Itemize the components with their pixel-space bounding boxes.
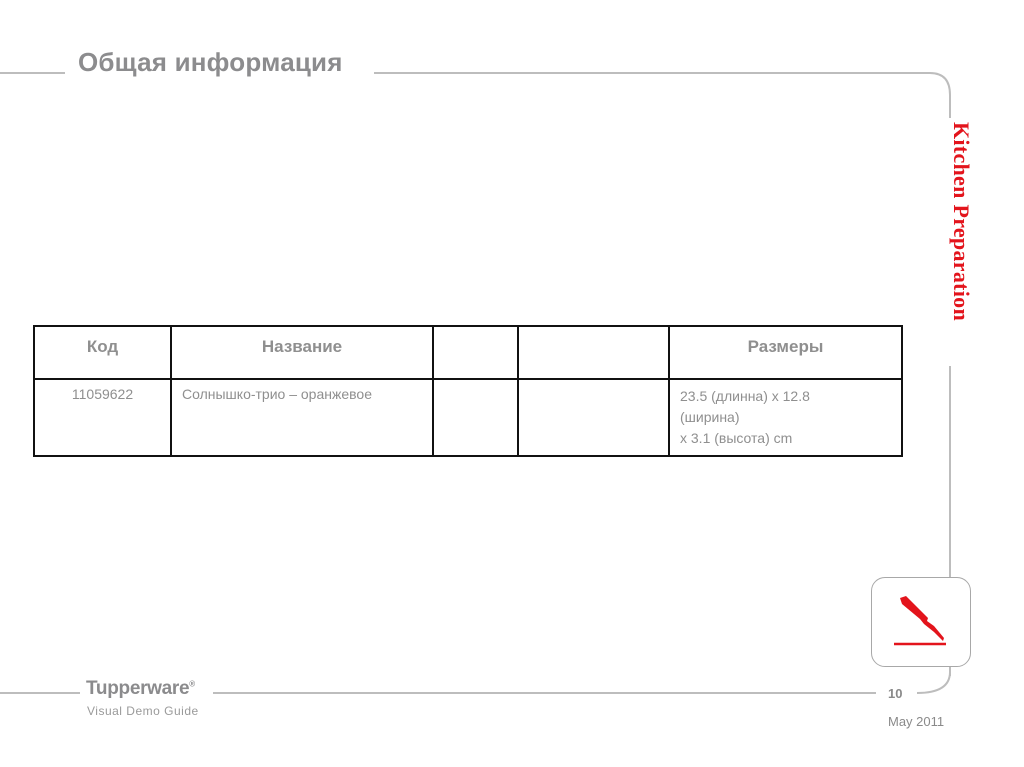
cell-empty-1 [433, 379, 518, 456]
column-header-empty-1 [433, 326, 518, 379]
brand-subtitle: Visual Demo Guide [87, 704, 199, 718]
dimensions-line-3: x 3.1 (высота) cm [680, 428, 891, 449]
page-title: Общая информация [78, 47, 343, 78]
knife-cutting-icon [872, 578, 970, 666]
table-header-row: Код Название Размеры [34, 326, 902, 379]
column-header-dimensions: Размеры [669, 326, 902, 379]
product-info-table: Код Название Размеры 11059622 Солнышко-т… [33, 325, 903, 457]
table-row: 11059622 Солнышко-трио – оранжевое 23.5 … [34, 379, 902, 456]
registered-mark: ® [189, 680, 195, 689]
page-number: 10 [888, 686, 902, 701]
brand-logo: Tupperware® [86, 678, 195, 700]
cell-name: Солнышко-трио – оранжевое [171, 379, 433, 456]
dimensions-line-1: 23.5 (длинна) x 12.8 [680, 386, 891, 407]
date-label: May 2011 [888, 714, 944, 729]
column-header-name: Название [171, 326, 433, 379]
column-header-code: Код [34, 326, 171, 379]
section-label: Kitchen Preparation [948, 122, 974, 321]
column-header-empty-2 [518, 326, 669, 379]
brand-name: Tupperware [86, 678, 189, 699]
cell-code: 11059622 [34, 379, 171, 456]
category-icon-box [871, 577, 971, 667]
cell-empty-2 [518, 379, 669, 456]
dimensions-line-2: (ширина) [680, 407, 891, 428]
cell-dimensions: 23.5 (длинна) x 12.8 (ширина) x 3.1 (выс… [669, 379, 902, 456]
